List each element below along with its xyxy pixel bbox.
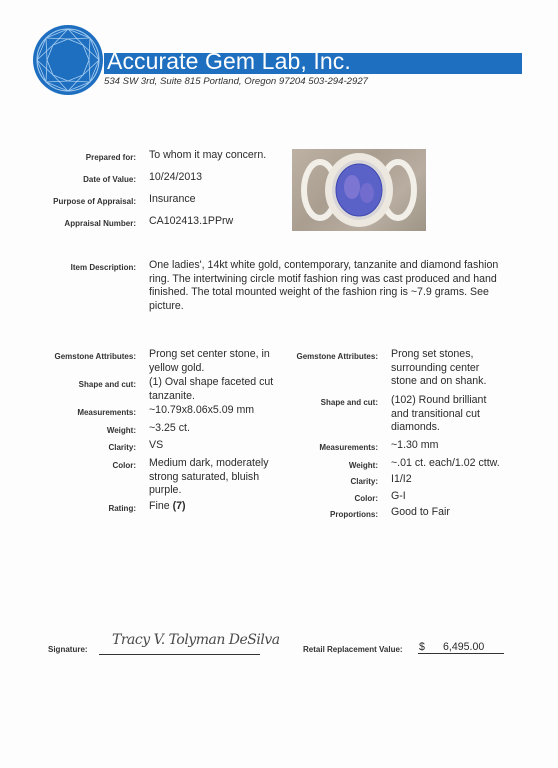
side-weight-label: Weight: (349, 461, 378, 470)
center-attributes: Prong set center stone, in yellow gold. (149, 348, 289, 375)
ring-photo (292, 149, 426, 231)
item-description: One ladies', 14kt white gold, contempora… (149, 259, 509, 313)
side-clarity-label: Clarity: (350, 477, 378, 486)
center-attributes-label: Gemstone Attributes: (55, 352, 137, 361)
side-color: G-I (391, 490, 406, 504)
center-measurements-label: Measurements: (77, 408, 136, 417)
signature-line (99, 654, 260, 655)
item-description-label: Item Description: (71, 263, 136, 272)
center-shape: (1) Oval shape faceted cut tanzanite. (149, 376, 279, 403)
appraisal-number-label: Appraisal Number: (64, 219, 136, 228)
prepared-for-value: To whom it may concern. (149, 149, 266, 163)
side-shape-label: Shape and cut: (321, 398, 378, 407)
side-weight: ~.01 ct. each/1.02 cttw. (391, 457, 500, 471)
center-weight: ~3.25 ct. (149, 422, 190, 436)
company-address: 534 SW 3rd, Suite 815 Portland, Oregon 9… (104, 76, 368, 87)
center-color: Medium dark, moderately strong saturated… (149, 457, 279, 498)
purpose-label: Purpose of Appraisal: (53, 197, 136, 206)
side-proportions: Good to Fair (391, 506, 450, 520)
signature: Tracy V. Tolyman DeSilva (112, 632, 280, 648)
side-attributes-label: Gemstone Attributes: (297, 352, 379, 361)
purpose-value: Insurance (149, 193, 196, 207)
center-weight-label: Weight: (107, 426, 136, 435)
center-color-label: Color: (112, 461, 136, 470)
prepared-for-label: Prepared for: (86, 153, 136, 162)
center-measurements: ~10.79x8.06x5.09 mm (149, 404, 254, 418)
side-measurements-label: Measurements: (319, 443, 378, 452)
side-measurements: ~1.30 mm (391, 439, 438, 453)
appraisal-number: CA102413.1PPrw (149, 215, 233, 229)
side-attributes: Prong set stones, surrounding center sto… (391, 348, 501, 389)
retail-value-label: Retail Replacement Value: (303, 645, 403, 654)
company-name: Accurate Gem Lab, Inc. (107, 47, 351, 75)
center-rating: Fine (7) (149, 500, 186, 514)
side-clarity: I1/I2 (391, 473, 412, 487)
side-proportions-label: Proportions: (330, 510, 378, 519)
date-of-value: 10/24/2013 (149, 171, 202, 185)
rating-value: (7) (173, 500, 186, 512)
retail-value-line (418, 653, 504, 654)
rating-text: Fine (149, 500, 170, 512)
center-clarity-label: Clarity: (108, 443, 136, 452)
side-shape: (102) Round brilliant and transitional c… (391, 394, 501, 435)
center-rating-label: Rating: (108, 504, 136, 513)
center-shape-label: Shape and cut: (79, 380, 136, 389)
center-clarity: VS (149, 439, 163, 453)
side-color-label: Color: (354, 494, 378, 503)
signature-label: Signature: (48, 645, 88, 654)
faceted-diamond-icon (32, 24, 104, 96)
date-of-value-label: Date of Value: (83, 175, 136, 184)
